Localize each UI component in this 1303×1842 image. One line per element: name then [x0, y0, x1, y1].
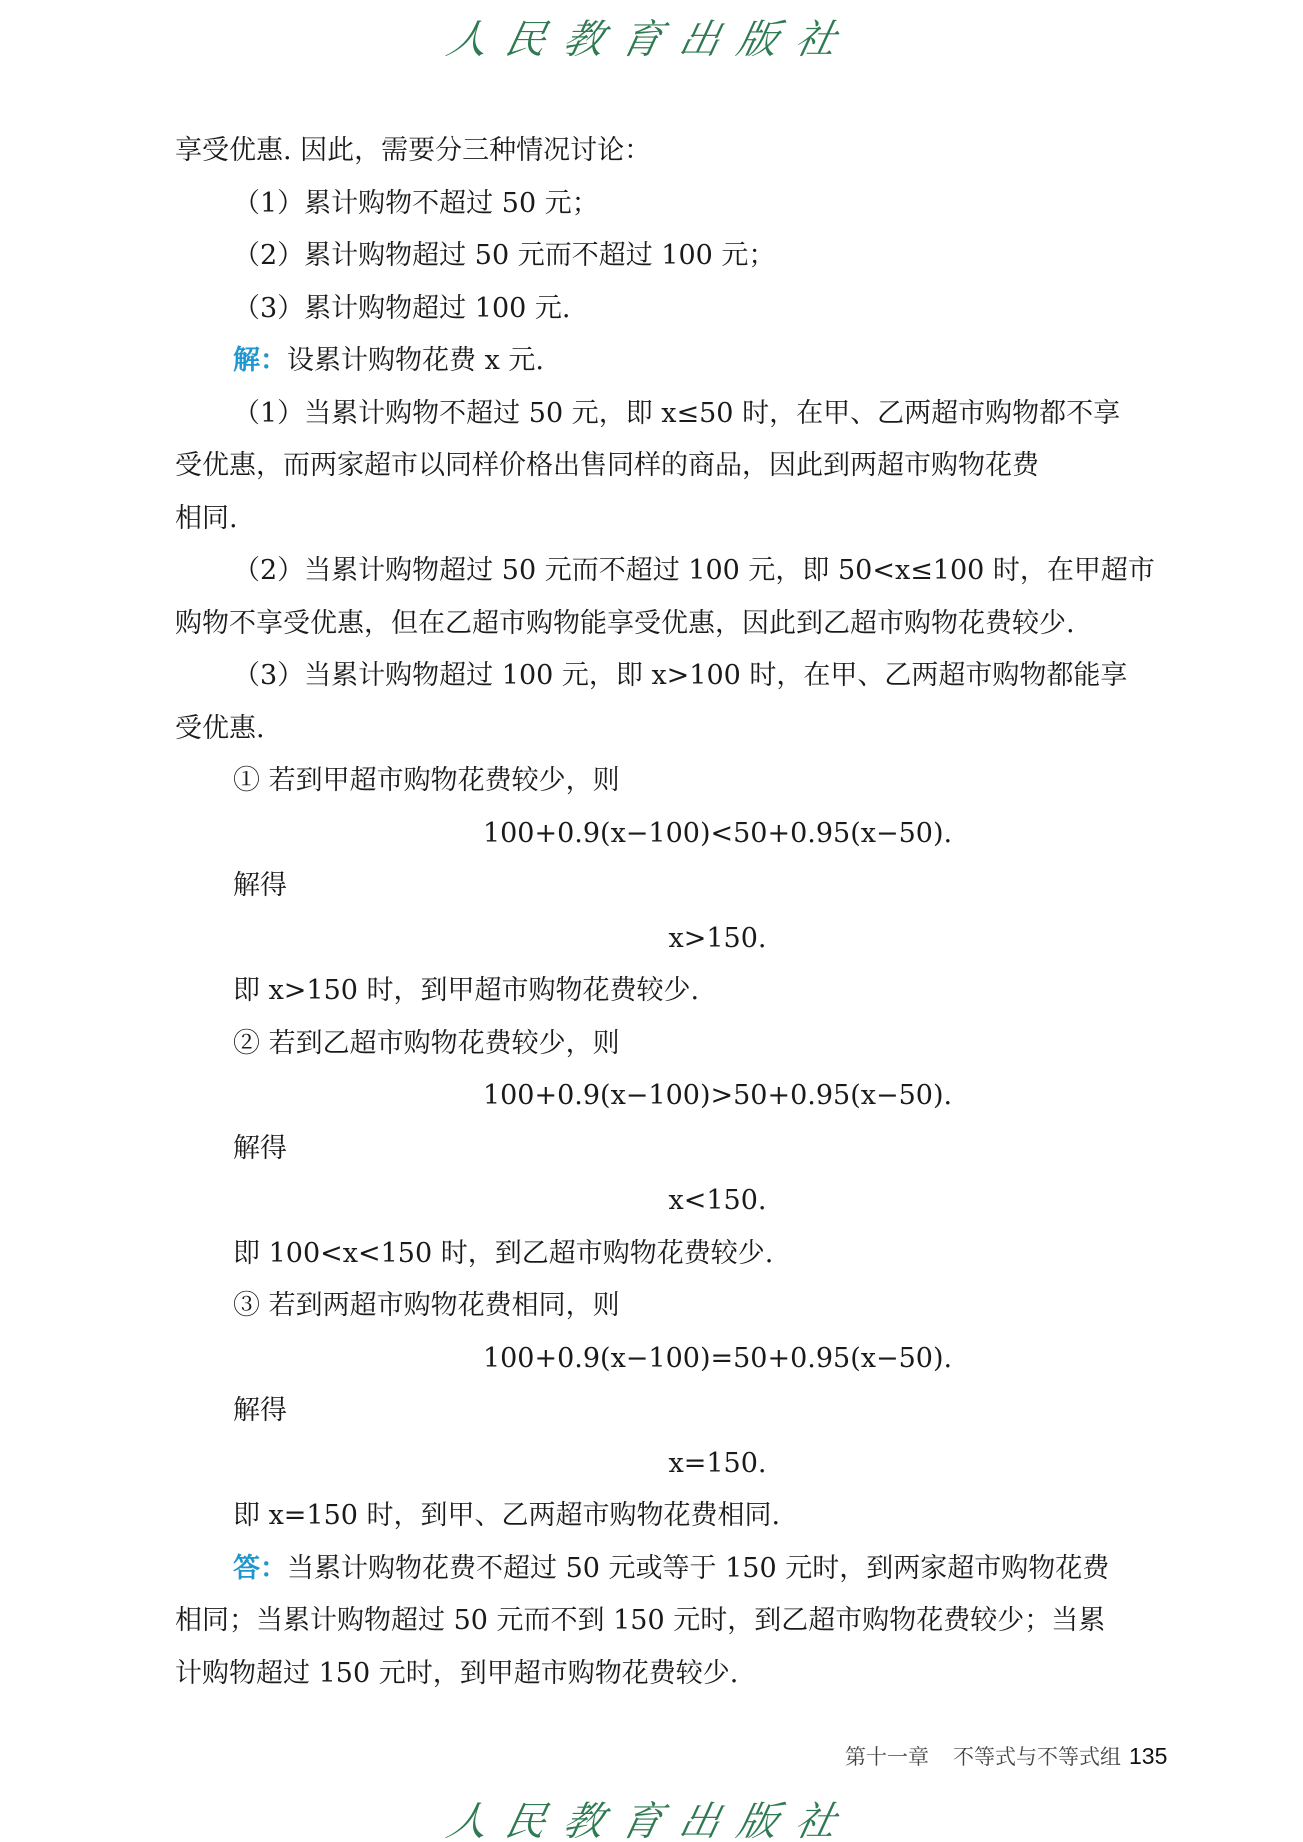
subcase-1-result: x>150. [175, 913, 1200, 966]
subcase-2-condition: ② 若到乙超市购物花费较少，则 [175, 1018, 1200, 1071]
paragraph-1-line-3: 相同. [175, 493, 1200, 546]
case-3: （3）累计购物超过 100 元. [175, 283, 1200, 336]
paragraph-3-line-1: （3）当累计购物超过 100 元，即 x>100 时，在甲、乙两超市购物都能享 [175, 650, 1200, 703]
answer-line-1: 答：当累计购物花费不超过 50 元或等于 150 元时，到两家超市购物花费 [175, 1543, 1200, 1596]
paragraph-2-line-2: 购物不享受优惠，但在乙超市购物能享受优惠，因此到乙超市购物花费较少. [175, 598, 1200, 651]
answer-line-2: 相同；当累计购物超过 50 元而不到 150 元时，到乙超市购物花费较少；当累 [175, 1595, 1200, 1648]
publisher-logo-top: 人民教育出版社 [0, 8, 1303, 65]
subcase-2-inequality: 100+0.9(x−100)>50+0.95(x−50). [175, 1070, 1200, 1123]
intro-text: 享受优惠. 因此，需要分三种情况讨论： [175, 125, 1200, 178]
subcase-1-condition: ① 若到甲超市购物花费较少，则 [175, 755, 1200, 808]
paragraph-2-line-1: （2）当累计购物超过 50 元而不超过 100 元，即 50<x≤100 时，在… [175, 545, 1200, 598]
publisher-logo-bottom: 人民教育出版社 [0, 1790, 1303, 1842]
subcase-2-result: x<150. [175, 1175, 1200, 1228]
answer-line-3: 计购物超过 150 元时，到甲超市购物花费较少. [175, 1648, 1200, 1701]
subcase-3-equation: 100+0.9(x−100)=50+0.95(x−50). [175, 1333, 1200, 1386]
answer-label: 答： [233, 1553, 287, 1584]
case-2: （2）累计购物超过 50 元而不超过 100 元； [175, 230, 1200, 283]
subcase-3-condition: ③ 若到两超市购物花费相同，则 [175, 1280, 1200, 1333]
chapter-label: 第十一章 [845, 1745, 929, 1769]
subcase-2-conclusion: 即 100<x<150 时，到乙超市购物花费较少. [175, 1228, 1200, 1281]
subcase-3-result: x=150. [175, 1438, 1200, 1491]
subcase-1-conclusion: 即 x>150 时，到甲超市购物花费较少. [175, 965, 1200, 1018]
page-number: 135 [1129, 1743, 1167, 1769]
subcase-1-solve: 解得 [175, 860, 1200, 913]
paragraph-3-line-2: 受优惠. [175, 703, 1200, 756]
page-content: 享受优惠. 因此，需要分三种情况讨论： （1）累计购物不超过 50 元； （2）… [175, 125, 1200, 1700]
answer-text: 当累计购物花费不超过 50 元或等于 150 元时，到两家超市购物花费 [287, 1553, 1109, 1584]
subcase-2-solve: 解得 [175, 1123, 1200, 1176]
paragraph-1-line-2: 受优惠，而两家超市以同样价格出售同样的商品，因此到两超市购物花费 [175, 440, 1200, 493]
page-footer: 第十一章不等式与不等式组135 [845, 1741, 1167, 1771]
subcase-1-inequality: 100+0.9(x−100)<50+0.95(x−50). [175, 808, 1200, 861]
chapter-title: 不等式与不等式组 [953, 1745, 1121, 1769]
case-1: （1）累计购物不超过 50 元； [175, 178, 1200, 231]
solution-label: 解： [233, 345, 287, 376]
subcase-3-solve: 解得 [175, 1385, 1200, 1438]
solution-text: 设累计购物花费 x 元. [287, 345, 544, 376]
subcase-3-conclusion: 即 x=150 时，到甲、乙两超市购物花费相同. [175, 1490, 1200, 1543]
paragraph-1-line-1: （1）当累计购物不超过 50 元，即 x≤50 时，在甲、乙两超市购物都不享 [175, 388, 1200, 441]
solution-intro: 解：设累计购物花费 x 元. [175, 335, 1200, 388]
